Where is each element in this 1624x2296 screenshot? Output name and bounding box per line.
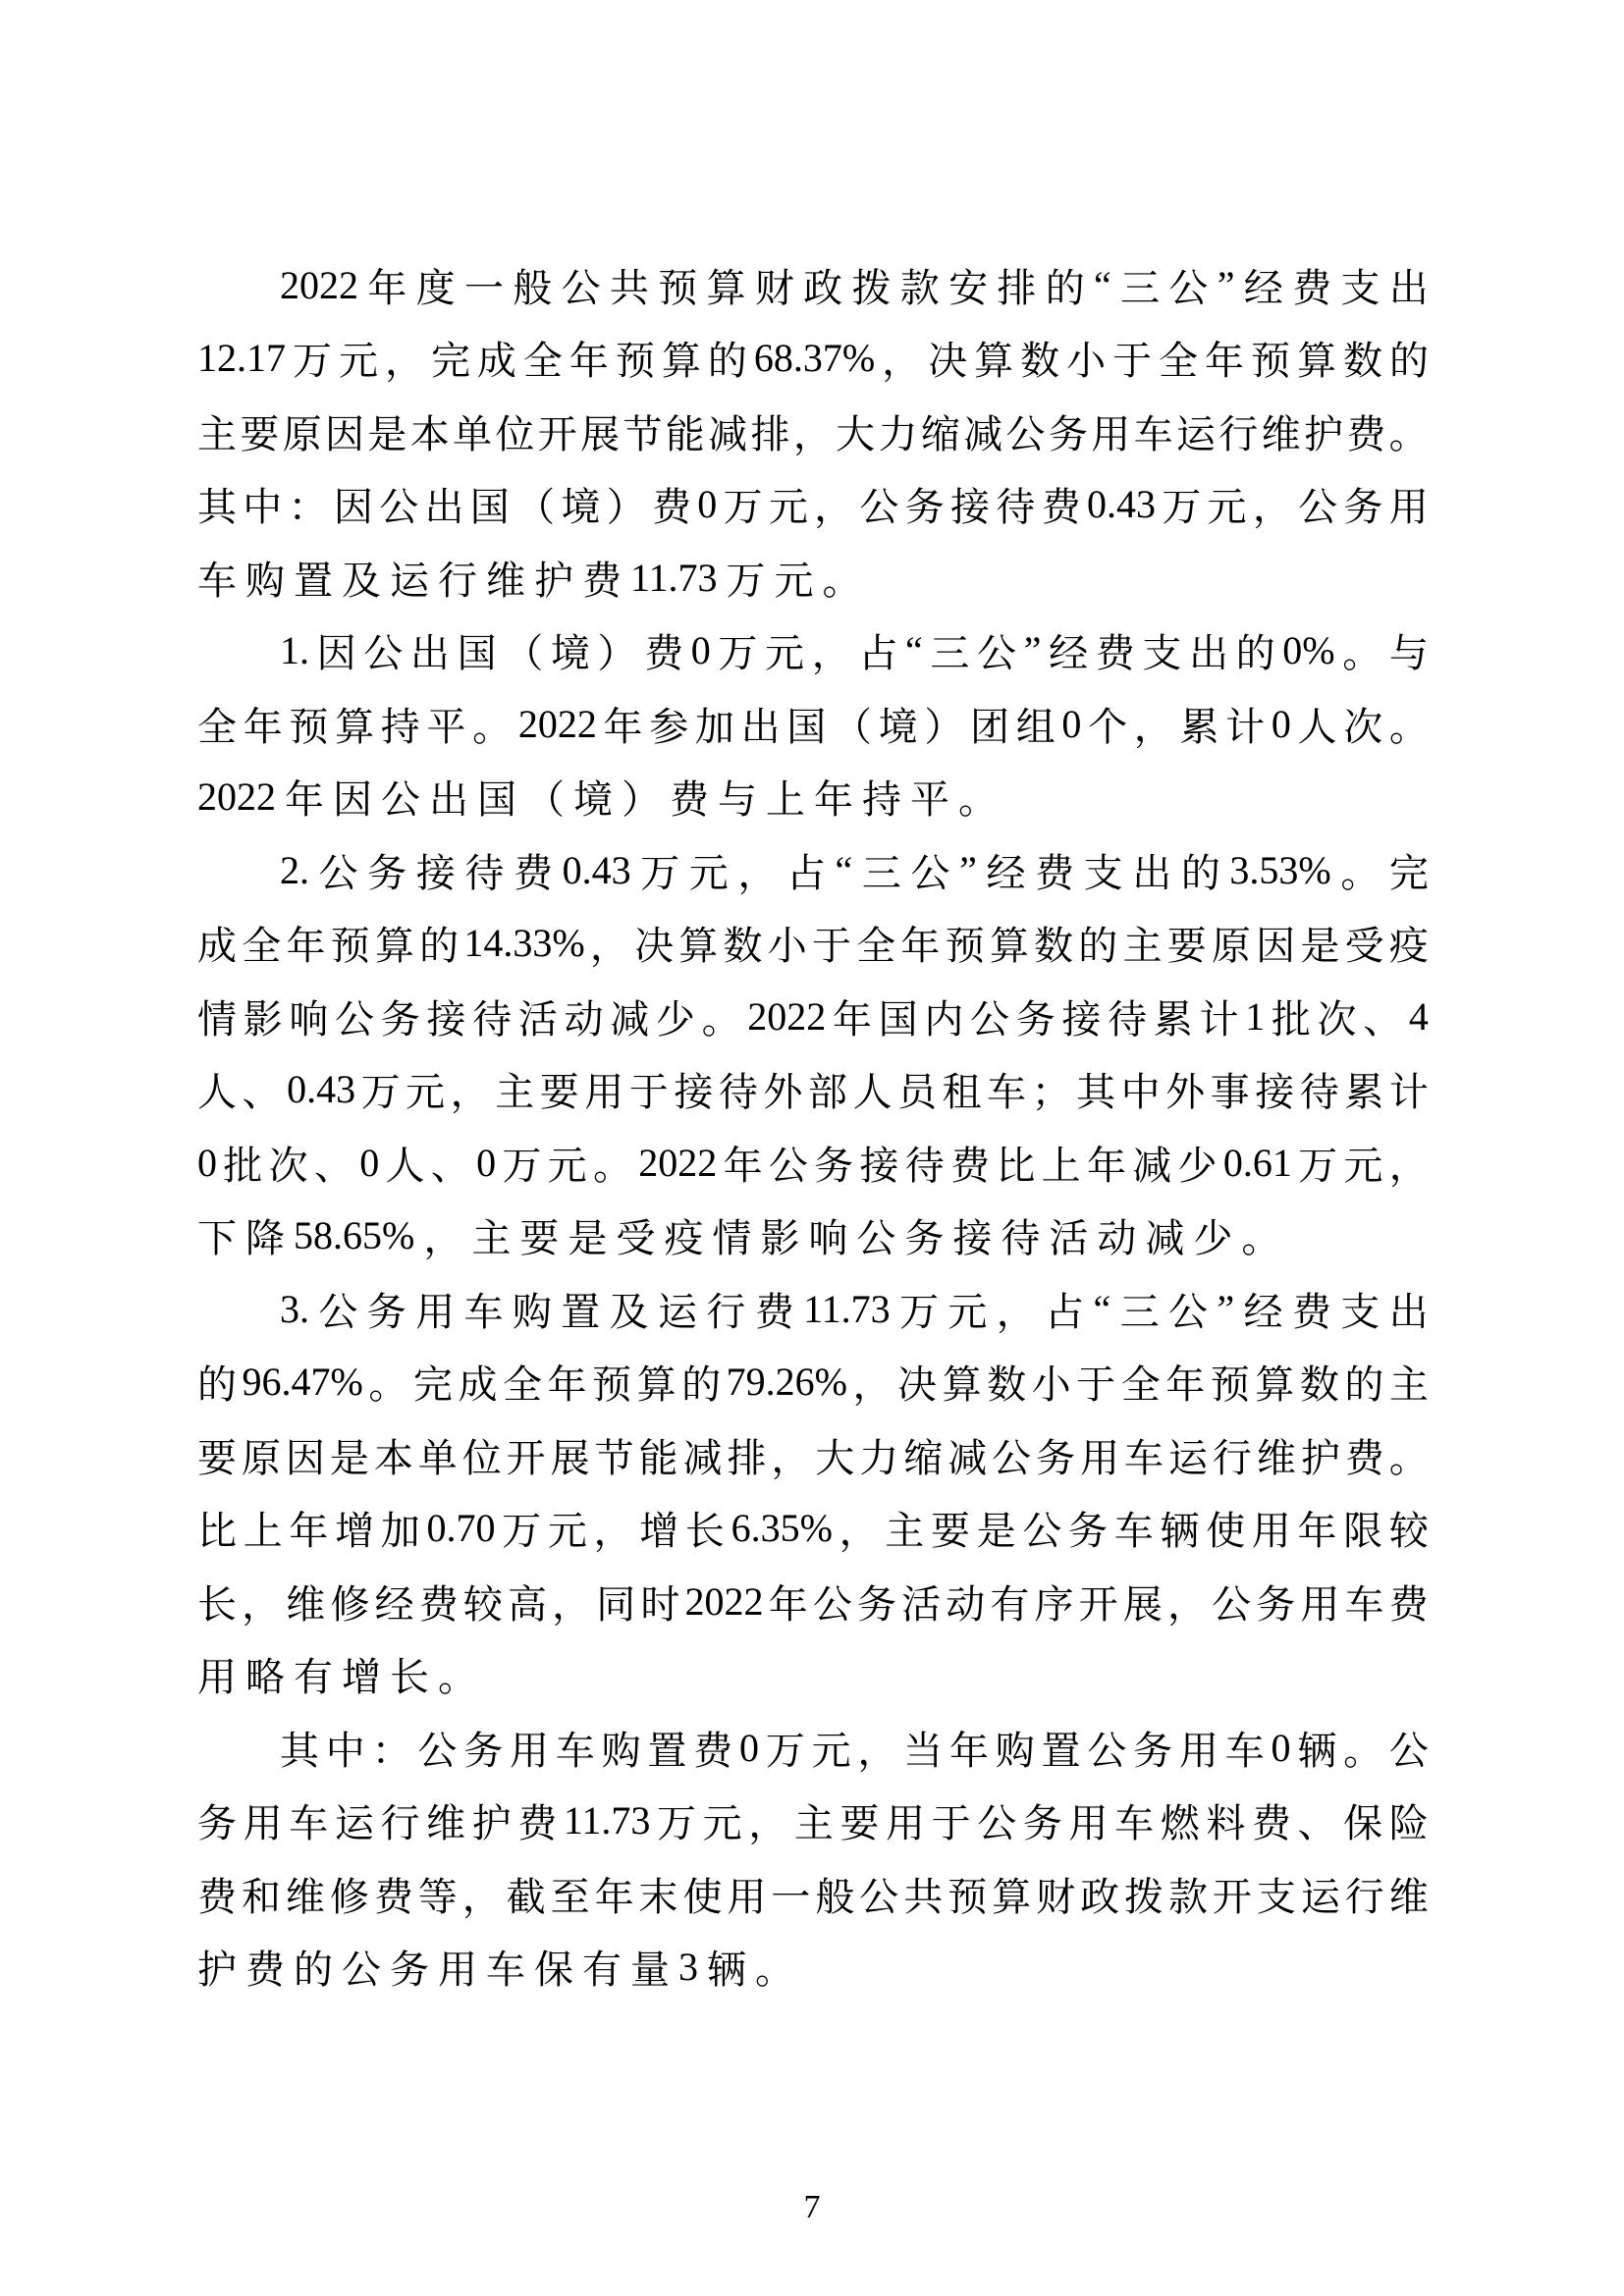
text-line: 务用车运行维护费11.73万元，主要用于公务用车燃料费、保险 <box>197 1785 1429 1858</box>
text-line: 的96.47%。完成全年预算的79.26%，决算数小于全年预算数的主 <box>197 1346 1429 1419</box>
text-line: 全年预算持平。2022年参加出国（境）团组0个，累计0人次。 <box>197 687 1429 761</box>
text-line: 其中：公务用车购置费0万元，当年购置公务用车0辆。公 <box>197 1711 1429 1785</box>
text-line: 情影响公务接待活动减少。2022年国内公务接待累计1批次、4 <box>197 980 1429 1053</box>
text-line: 3.公务用车购置及运行费11.73万元，占“三公”经费支出 <box>197 1272 1429 1346</box>
text-line: 0批次、0人、0万元。2022年公务接待费比上年减少0.61万元， <box>197 1126 1429 1200</box>
text-line: 2.公务接待费0.43万元，占“三公”经费支出的3.53%。完 <box>197 833 1429 907</box>
text-line: 长，维修经费较高，同时2022年公务活动有序开展，公务用车费 <box>197 1565 1429 1638</box>
text-line: 2022年因公出国（境）费与上年持平。 <box>197 761 1429 834</box>
document-page: 2022年度一般公共预算财政拨款安排的“三公”经费支出12.17万元，完成全年预… <box>0 0 1624 2296</box>
text-line: 成全年预算的14.33%，决算数小于全年预算数的主要原因是受疫 <box>197 907 1429 981</box>
text-line: 用略有增长。 <box>197 1638 1429 1712</box>
body-text: 2022年度一般公共预算财政拨款安排的“三公”经费支出12.17万元，完成全年预… <box>197 248 1429 2003</box>
text-line: 费和维修费等，截至年末使用一般公共预算财政拨款开支运行维 <box>197 1857 1429 1931</box>
text-line: 主要原因是本单位开展节能减排，大力缩减公务用车运行维护费。 <box>197 395 1429 468</box>
text-line: 人、0.43万元，主要用于接待外部人员租车；其中外事接待累计 <box>197 1053 1429 1127</box>
text-line: 12.17万元，完成全年预算的68.37%，决算数小于全年预算数的 <box>197 322 1429 396</box>
text-line: 2022年度一般公共预算财政拨款安排的“三公”经费支出 <box>197 248 1429 322</box>
text-line: 护费的公务用车保有量3辆。 <box>197 1931 1429 2004</box>
text-line: 1.因公出国（境）费0万元，占“三公”经费支出的0%。与 <box>197 614 1429 688</box>
text-line: 要原因是本单位开展节能减排，大力缩减公务用车运行维护费。 <box>197 1418 1429 1492</box>
text-line: 车购置及运行维护费11.73万元。 <box>197 541 1429 614</box>
text-line: 下降58.65%，主要是受疫情影响公务接待活动减少。 <box>197 1200 1429 1273</box>
page-number: 7 <box>0 2189 1624 2226</box>
text-line: 比上年增加0.70万元，增长6.35%，主要是公务车辆使用年限较 <box>197 1492 1429 1566</box>
text-line: 其中：因公出国（境）费0万元，公务接待费0.43万元，公务用 <box>197 468 1429 542</box>
